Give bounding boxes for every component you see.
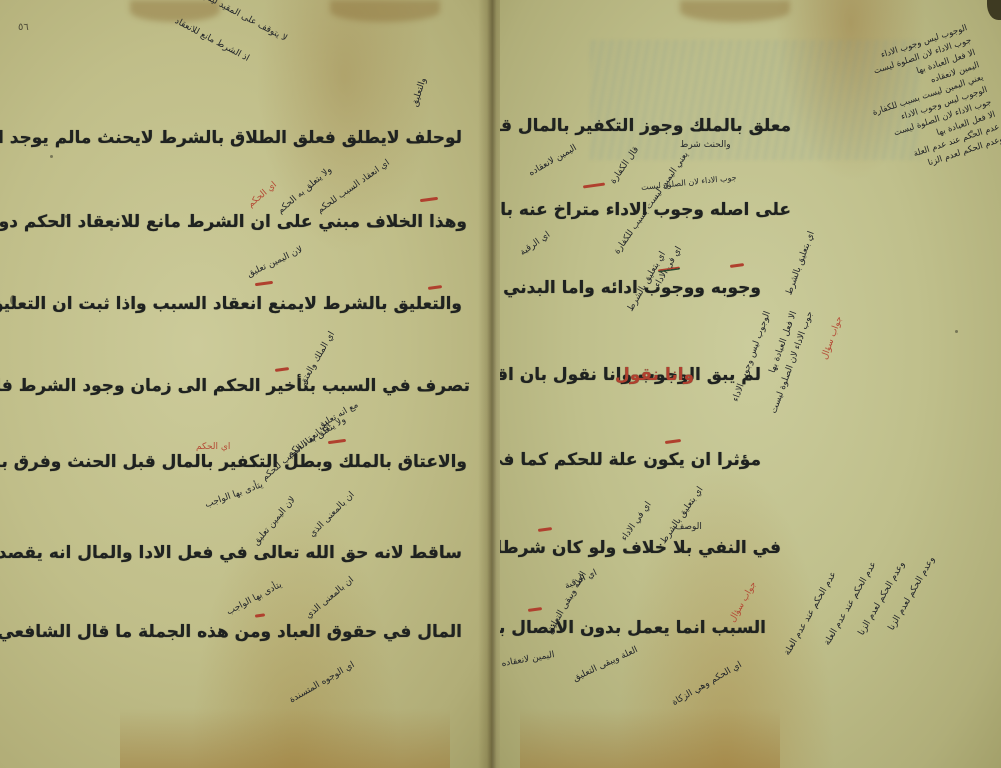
rubric-overline [730, 263, 744, 268]
marginal-gloss: اليمين لانعقاده [527, 143, 579, 179]
marginal-gloss: والحنث شرط [680, 140, 731, 151]
rubric-overline [665, 439, 681, 444]
main-text-line: مؤثرا ان يكون علة للحكم كما في قوله تعال… [500, 450, 761, 470]
rubric-red-word: وانا نقول [615, 365, 694, 385]
rubric-overline [328, 439, 346, 444]
marginal-gloss-red: اي الحكم [246, 180, 279, 211]
marginal-gloss: العلة ويبقى التعليق [572, 645, 640, 685]
left-page: ٥٦ لا يتوقف على المقيد ليس اليوم بل اذ ا… [0, 0, 492, 768]
main-text-line: ساقط لانه حق الله تعالى في فعل الادا وال… [0, 543, 462, 563]
marginal-gloss: لان اليمين تعليق [252, 495, 299, 548]
main-text-line: وجوبه ووجوب ادائه واما البدني فلا يحتمل … [500, 278, 761, 298]
rubric-overline [538, 527, 552, 532]
marginal-gloss: يتأدى بها الواجب [204, 480, 265, 511]
water-stain [120, 708, 450, 768]
main-text-line: والاعتاق بالملك وبطل التكفير بالمال قبل … [0, 452, 467, 472]
marginal-gloss: والتعليق [410, 77, 430, 109]
marginal-gloss: لان اليمين تعليق [246, 245, 305, 280]
marginal-gloss: اي الحكم وهي الزكاة [671, 660, 745, 709]
marginal-gloss: اي في الاداء [619, 500, 654, 544]
main-text-line: المال في حقوق العباد ومن هذه الجملة ما ق… [0, 622, 462, 642]
marginal-gloss: ان بالمعنى الذي [304, 575, 357, 622]
water-stain [330, 0, 440, 22]
manuscript-spread: ٥٦ لا يتوقف على المقيد ليس اليوم بل اذ ا… [0, 0, 1001, 768]
main-text-line: السبب انما يعمل بدون الاتصال بالمحل لا ي… [500, 618, 766, 638]
marginal-gloss: اي الرقبة [518, 230, 553, 259]
main-text-line: وهذا الخلاف مبني على ان الشرط مانع للانع… [0, 212, 467, 232]
page-corner-damage [987, 0, 1001, 20]
marginal-gloss: اي بتعليق بالشرط [784, 230, 817, 297]
main-text-line: تصرف في السبب بتأخير الحكم الى زمان وجود… [0, 376, 470, 396]
marginal-gloss-red: جواب سؤال [820, 315, 846, 361]
marginal-gloss: اليمين لانعقاده [501, 650, 556, 670]
rubric-overline [583, 182, 605, 188]
main-text-line: والتعليق بالشرط لايمنع انعقاد السبب واذا… [0, 294, 462, 314]
marginal-gloss: الوصف [675, 522, 702, 533]
rubric-overline [255, 281, 273, 286]
main-text-line: على اصله وجوب الاداء متراخ عنه بالشرط وا… [500, 200, 791, 220]
right-page: الوجوب ليس وجوب الاداء جوب الاداء لان ال… [500, 0, 1001, 768]
rubric-overline [275, 367, 289, 372]
rubric-overline [255, 613, 265, 617]
rubric-overline [420, 197, 438, 202]
water-stain [520, 708, 780, 768]
rubric-overline [528, 607, 542, 612]
rubric-overline [428, 285, 442, 290]
folio-number: ٥٦ [18, 22, 29, 33]
marginal-gloss: ان بالمعنى الذي [307, 490, 357, 540]
main-text-line: في النفي بلا خلاف ولو كان شرطا فالشرط دا… [500, 538, 781, 558]
water-stain [680, 0, 790, 22]
main-text-line: لوحلف لايطلق فعلق الطلاق بالشرط لايحنث م… [0, 128, 462, 148]
marginal-gloss: اذ الشرط مانع للانعقاد [173, 16, 251, 65]
main-text-line: معلق بالملك وجوز التكفير بالمال قبل الحن… [500, 116, 791, 136]
marginal-gloss: اي الوجوه المتسندة [288, 660, 357, 706]
marginal-gloss: يتأدى بها الواجب [225, 580, 284, 618]
marginal-gloss: الوجوب ليس وجوب الاداء [731, 310, 774, 404]
marginal-gloss-long: جوب الاداء لان الصلوة ليست [641, 172, 738, 193]
